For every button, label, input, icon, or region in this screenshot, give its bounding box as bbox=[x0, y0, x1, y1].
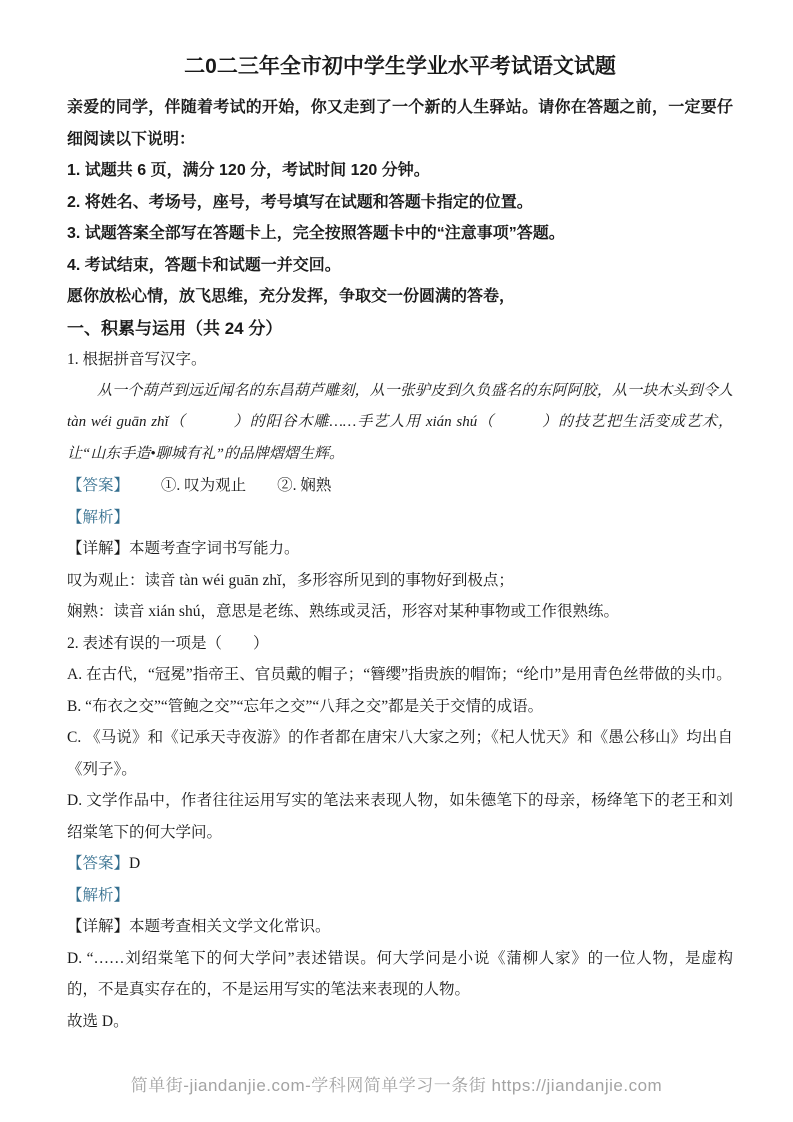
question-1-stem: 1. 根据拼音写汉字。 bbox=[67, 344, 733, 376]
question-2-detail-text: 本题考查相关文学文化常识。 bbox=[129, 918, 331, 935]
instruction-item-1: 1. 试题共 6 页，满分 120 分，考试时间 120 分钟。 bbox=[67, 155, 733, 187]
question-2-option-b: B. “布衣之交”“管鲍之交”“忘年之交”“八拜之交”都是关于交情的成语。 bbox=[67, 691, 733, 723]
question-2-answer-line: 【答案】D bbox=[67, 848, 733, 880]
question-2-analysis-line: 【解析】 bbox=[67, 880, 733, 912]
analysis-label: 【解析】 bbox=[67, 887, 129, 904]
question-2-stem: 2. 表述有误的一项是（ ） bbox=[67, 628, 733, 660]
question-1-explanation-2: 娴熟：读音 xián shú，意思是老练、熟练或灵活，形容对某种事物或工作很熟练… bbox=[67, 596, 733, 628]
instruction-item-3: 3. 试题答案全部写在答题卡上，完全按照答题卡中的“注意事项”答题。 bbox=[67, 218, 733, 250]
question-1-explanation-1: 叹为观止：读音 tàn wéi guān zhǐ，多形容所见到的事物好到极点； bbox=[67, 565, 733, 597]
instruction-item-4: 4. 考试结束，答题卡和试题一并交回。 bbox=[67, 250, 733, 282]
intro-greeting: 亲爱的同学，伴随着考试的开始，你又走到了一个新的人生驿站。请你在答题之前，一定要… bbox=[67, 92, 733, 155]
question-2-explanation: D. “……刘绍棠笔下的何大学问”表述错误。何大学问是小说《蒲柳人家》的一位人物… bbox=[67, 943, 733, 1006]
exam-title: 二0二三年全市初中学生学业水平考试语文试题 bbox=[67, 52, 733, 82]
question-1-answer-text: ①. 叹为观止 ②. 娴熟 bbox=[161, 477, 332, 494]
question-1-detail-line: 【详解】本题考查字词书写能力。 bbox=[67, 533, 733, 565]
answer-label: 【答案】 bbox=[67, 477, 129, 494]
question-1-answer-line: 【答案】 ①. 叹为观止 ②. 娴熟 bbox=[67, 470, 733, 502]
watermark-footer: 简单街-jiandanjie.com-学科网简单学习一条街 https://ji… bbox=[0, 1071, 793, 1096]
question-1-passage: 从一个葫芦到远近闻名的东昌葫芦雕刻，从一张驴皮到久负盛名的东阿阿胶，从一块木头到… bbox=[67, 376, 733, 471]
answer-label: 【答案】 bbox=[67, 855, 129, 872]
detail-label: 【详解】 bbox=[67, 540, 129, 557]
instruction-item-2: 2. 将姓名、考场号，座号，考号填写在试题和答题卡指定的位置。 bbox=[67, 187, 733, 219]
analysis-label: 【解析】 bbox=[67, 509, 129, 526]
exam-page: 二0二三年全市初中学生学业水平考试语文试题 亲爱的同学，伴随着考试的开始，你又走… bbox=[0, 0, 793, 1037]
question-2-option-d: D. 文学作品中，作者往往运用写实的笔法来表现人物，如朱德笔下的母亲，杨绛笔下的… bbox=[67, 785, 733, 848]
question-1-detail-text: 本题考查字词书写能力。 bbox=[129, 540, 300, 557]
section-1-heading: 一、积累与运用（共 24 分） bbox=[67, 313, 733, 345]
question-2-option-a: A. 在古代，“冠冕”指帝王、官员戴的帽子；“簪缨”指贵族的帽饰；“纶巾”是用青… bbox=[67, 659, 733, 691]
question-1-analysis-line: 【解析】 bbox=[67, 502, 733, 534]
detail-label: 【详解】 bbox=[67, 918, 129, 935]
question-2-option-c: C. 《马说》和《记承天寺夜游》的作者都在唐宋八大家之列；《杞人忧天》和《愚公移… bbox=[67, 722, 733, 785]
question-2-answer-text: D bbox=[129, 855, 140, 872]
question-2-detail-line: 【详解】本题考查相关文学文化常识。 bbox=[67, 911, 733, 943]
intro-wish: 愿你放松心情，放飞思维，充分发挥，争取交一份圆满的答卷， bbox=[67, 281, 733, 313]
question-2-conclusion: 故选 D。 bbox=[67, 1006, 733, 1038]
